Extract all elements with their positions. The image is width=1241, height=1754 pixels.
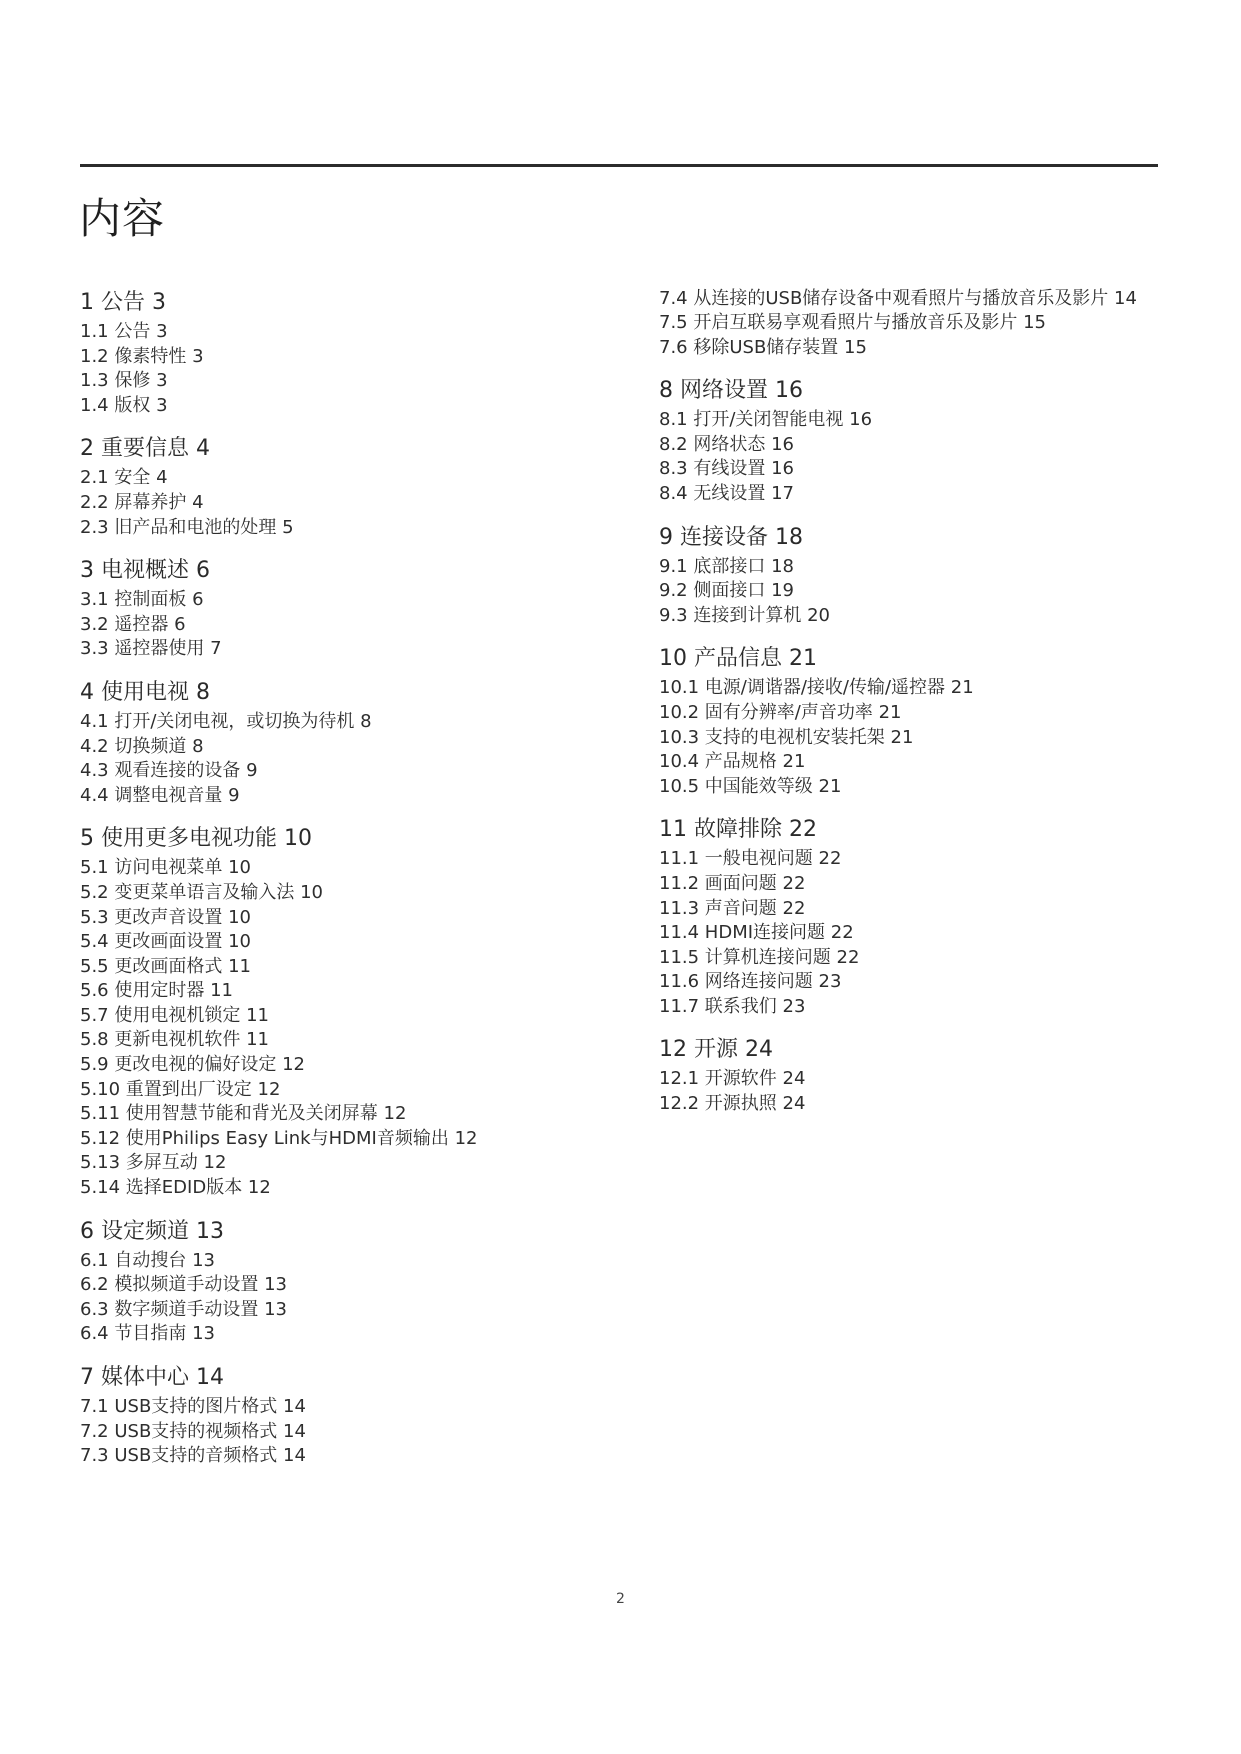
toc-section: 4 使用电视 84.1 打开/关闭电视，或切换为待机 84.2 切换频道 84.… bbox=[80, 676, 600, 808]
toc-entry[interactable]: 3.2 遥控器 6 bbox=[80, 613, 600, 638]
toc-entry[interactable]: 11.5 计算机连接问题 22 bbox=[659, 946, 1159, 971]
toc-entry[interactable]: 1.4 版权 3 bbox=[80, 394, 600, 419]
toc-entry[interactable]: 11.4 HDMI连接问题 22 bbox=[659, 921, 1159, 946]
toc-entry[interactable]: 5.5 更改画面格式 11 bbox=[80, 955, 600, 980]
toc-entry[interactable]: 2.1 安全 4 bbox=[80, 466, 600, 491]
toc-entry[interactable]: 4.4 调整电视音量 9 bbox=[80, 784, 600, 809]
toc-entry-list: 5.1 访问电视菜单 105.2 变更菜单语言及输入法 105.3 更改声音设置… bbox=[80, 856, 600, 1200]
toc-entry[interactable]: 6.2 模拟频道手动设置 13 bbox=[80, 1273, 600, 1298]
toc-section: 6 设定频道 136.1 自动搜台 136.2 模拟频道手动设置 136.3 数… bbox=[80, 1215, 600, 1347]
toc-right-column: 7.4 从连接的USB储存设备中观看照片与播放音乐及影片 147.5 开启互联易… bbox=[659, 286, 1159, 1117]
toc-entry[interactable]: 5.2 变更菜单语言及输入法 10 bbox=[80, 881, 600, 906]
toc-entry[interactable]: 7.6 移除USB储存装置 15 bbox=[659, 336, 1159, 361]
toc-entry[interactable]: 1.1 公告 3 bbox=[80, 320, 600, 345]
header-rule bbox=[80, 164, 1158, 167]
toc-entry[interactable]: 11.7 联系我们 23 bbox=[659, 995, 1159, 1020]
toc-section: 5 使用更多电视功能 105.1 访问电视菜单 105.2 变更菜单语言及输入法… bbox=[80, 822, 600, 1200]
toc-entry[interactable]: 2.2 屏幕养护 4 bbox=[80, 491, 600, 516]
toc-section: 2 重要信息 42.1 安全 42.2 屏幕养护 42.3 旧产品和电池的处理 … bbox=[80, 432, 600, 540]
toc-chapter-heading[interactable]: 1 公告 3 bbox=[80, 286, 600, 320]
section-gap bbox=[659, 360, 1159, 374]
toc-chapter-heading[interactable]: 11 故障排除 22 bbox=[659, 813, 1159, 847]
toc-entry[interactable]: 11.1 一般电视问题 22 bbox=[659, 847, 1159, 872]
section-gap bbox=[659, 507, 1159, 521]
toc-chapter-heading[interactable]: 8 网络设置 16 bbox=[659, 374, 1159, 408]
toc-entry[interactable]: 5.6 使用定时器 11 bbox=[80, 979, 600, 1004]
toc-entry-list: 7.1 USB支持的图片格式 147.2 USB支持的视频格式 147.3 US… bbox=[80, 1395, 600, 1469]
toc-entry[interactable]: 10.5 中国能效等级 21 bbox=[659, 775, 1159, 800]
toc-entry[interactable]: 10.4 产品规格 21 bbox=[659, 750, 1159, 775]
toc-entry[interactable]: 3.1 控制面板 6 bbox=[80, 588, 600, 613]
section-gap bbox=[80, 418, 600, 432]
toc-entry-list: 9.1 底部接口 189.2 侧面接口 199.3 连接到计算机 20 bbox=[659, 555, 1159, 629]
toc-chapter-heading[interactable]: 12 开源 24 bbox=[659, 1033, 1159, 1067]
toc-chapter-heading[interactable]: 3 电视概述 6 bbox=[80, 554, 600, 588]
section-gap bbox=[80, 808, 600, 822]
toc-entry[interactable]: 10.1 电源/调谐器/接收/传输/遥控器 21 bbox=[659, 676, 1159, 701]
toc-entry[interactable]: 2.3 旧产品和电池的处理 5 bbox=[80, 516, 600, 541]
toc-entry[interactable]: 7.5 开启互联易享观看照片与播放音乐及影片 15 bbox=[659, 311, 1159, 336]
toc-entry[interactable]: 11.3 声音问题 22 bbox=[659, 897, 1159, 922]
toc-chapter-heading[interactable]: 4 使用电视 8 bbox=[80, 676, 600, 710]
toc-entry[interactable]: 9.3 连接到计算机 20 bbox=[659, 604, 1159, 629]
toc-entry[interactable]: 9.2 侧面接口 19 bbox=[659, 579, 1159, 604]
toc-entry[interactable]: 8.3 有线设置 16 bbox=[659, 457, 1159, 482]
toc-entry-list: 8.1 打开/关闭智能电视 168.2 网络状态 168.3 有线设置 168.… bbox=[659, 408, 1159, 506]
toc-entry[interactable]: 10.2 固有分辨率/声音功率 21 bbox=[659, 701, 1159, 726]
toc-section: 9 连接设备 189.1 底部接口 189.2 侧面接口 199.3 连接到计算… bbox=[659, 521, 1159, 629]
toc-entry[interactable]: 5.13 多屏互动 12 bbox=[80, 1151, 600, 1176]
toc-section: 8 网络设置 168.1 打开/关闭智能电视 168.2 网络状态 168.3 … bbox=[659, 374, 1159, 506]
toc-entry-list: 10.1 电源/调谐器/接收/传输/遥控器 2110.2 固有分辨率/声音功率 … bbox=[659, 676, 1159, 799]
toc-entry[interactable]: 12.1 开源软件 24 bbox=[659, 1067, 1159, 1092]
toc-entry[interactable]: 5.11 使用智慧节能和背光及关闭屏幕 12 bbox=[80, 1102, 600, 1127]
section-gap bbox=[80, 1347, 600, 1361]
toc-entry[interactable]: 6.3 数字频道手动设置 13 bbox=[80, 1298, 600, 1323]
toc-entry[interactable]: 5.3 更改声音设置 10 bbox=[80, 906, 600, 931]
toc-entry[interactable]: 8.1 打开/关闭智能电视 16 bbox=[659, 408, 1159, 433]
toc-entry[interactable]: 5.7 使用电视机锁定 11 bbox=[80, 1004, 600, 1029]
section-gap bbox=[659, 1019, 1159, 1033]
toc-entry[interactable]: 12.2 开源执照 24 bbox=[659, 1092, 1159, 1117]
toc-entry[interactable]: 4.1 打开/关闭电视，或切换为待机 8 bbox=[80, 710, 600, 735]
section-gap bbox=[659, 628, 1159, 642]
toc-entry[interactable]: 5.9 更改电视的偏好设定 12 bbox=[80, 1053, 600, 1078]
toc-entry[interactable]: 7.2 USB支持的视频格式 14 bbox=[80, 1420, 600, 1445]
toc-entry[interactable]: 5.10 重置到出厂设定 12 bbox=[80, 1078, 600, 1103]
toc-continued-list: 7.4 从连接的USB储存设备中观看照片与播放音乐及影片 147.5 开启互联易… bbox=[659, 286, 1159, 360]
toc-entry[interactable]: 7.3 USB支持的音频格式 14 bbox=[80, 1444, 600, 1469]
toc-entry-list: 11.1 一般电视问题 2211.2 画面问题 2211.3 声音问题 2211… bbox=[659, 847, 1159, 1019]
toc-chapter-heading[interactable]: 9 连接设备 18 bbox=[659, 521, 1159, 555]
toc-entry[interactable]: 10.3 支持的电视机安装托架 21 bbox=[659, 726, 1159, 751]
toc-left-column: 1 公告 31.1 公告 31.2 像素特性 31.3 保修 31.4 版权 3… bbox=[80, 286, 600, 1469]
toc-section: 3 电视概述 63.1 控制面板 63.2 遥控器 63.3 遥控器使用 7 bbox=[80, 554, 600, 662]
toc-entry[interactable]: 1.2 像素特性 3 bbox=[80, 345, 600, 370]
toc-entry[interactable]: 5.14 选择EDID版本 12 bbox=[80, 1176, 600, 1201]
toc-entry-list: 12.1 开源软件 2412.2 开源执照 24 bbox=[659, 1067, 1159, 1116]
toc-entry[interactable]: 8.2 网络状态 16 bbox=[659, 433, 1159, 458]
toc-entry-list: 3.1 控制面板 63.2 遥控器 63.3 遥控器使用 7 bbox=[80, 588, 600, 662]
toc-section: 12 开源 2412.1 开源软件 2412.2 开源执照 24 bbox=[659, 1033, 1159, 1116]
toc-entry[interactable]: 4.2 切换频道 8 bbox=[80, 735, 600, 760]
section-gap bbox=[659, 799, 1159, 813]
toc-entry-list: 4.1 打开/关闭电视，或切换为待机 84.2 切换频道 84.3 观看连接的设… bbox=[80, 710, 600, 808]
toc-chapter-heading[interactable]: 2 重要信息 4 bbox=[80, 432, 600, 466]
toc-entry[interactable]: 7.4 从连接的USB储存设备中观看照片与播放音乐及影片 14 bbox=[659, 286, 1159, 311]
toc-entry[interactable]: 5.1 访问电视菜单 10 bbox=[80, 856, 600, 881]
toc-entry[interactable]: 7.1 USB支持的图片格式 14 bbox=[80, 1395, 600, 1420]
toc-entry[interactable]: 11.2 画面问题 22 bbox=[659, 872, 1159, 897]
toc-entry-list: 6.1 自动搜台 136.2 模拟频道手动设置 136.3 数字频道手动设置 1… bbox=[80, 1249, 600, 1347]
toc-chapter-heading[interactable]: 6 设定频道 13 bbox=[80, 1215, 600, 1249]
toc-entry[interactable]: 6.4 节目指南 13 bbox=[80, 1322, 600, 1347]
toc-entry[interactable]: 5.4 更改画面设置 10 bbox=[80, 930, 600, 955]
toc-chapter-heading[interactable]: 10 产品信息 21 bbox=[659, 642, 1159, 676]
toc-section: 1 公告 31.1 公告 31.2 像素特性 31.3 保修 31.4 版权 3 bbox=[80, 286, 600, 418]
toc-entry[interactable]: 6.1 自动搜台 13 bbox=[80, 1249, 600, 1274]
toc-entry[interactable]: 1.3 保修 3 bbox=[80, 369, 600, 394]
section-gap bbox=[80, 1201, 600, 1215]
toc-entry[interactable]: 4.3 观看连接的设备 9 bbox=[80, 759, 600, 784]
toc-entry-list: 2.1 安全 42.2 屏幕养护 42.3 旧产品和电池的处理 5 bbox=[80, 466, 600, 540]
toc-chapter-heading[interactable]: 5 使用更多电视功能 10 bbox=[80, 822, 600, 856]
toc-entry[interactable]: 3.3 遥控器使用 7 bbox=[80, 637, 600, 662]
section-gap bbox=[80, 662, 600, 676]
section-gap bbox=[80, 540, 600, 554]
toc-entry[interactable]: 5.8 更新电视机软件 11 bbox=[80, 1028, 600, 1053]
page-title: 内容 bbox=[79, 186, 165, 246]
page-number: 2 bbox=[0, 1591, 1241, 1607]
toc-entry[interactable]: 5.12 使用Philips Easy Link与HDMI音频输出 12 bbox=[80, 1127, 600, 1152]
toc-entry-list: 1.1 公告 31.2 像素特性 31.3 保修 31.4 版权 3 bbox=[80, 320, 600, 418]
toc-section: 7 媒体中心 147.1 USB支持的图片格式 147.2 USB支持的视频格式… bbox=[80, 1361, 600, 1469]
toc-chapter-heading[interactable]: 7 媒体中心 14 bbox=[80, 1361, 600, 1395]
toc-entry[interactable]: 8.4 无线设置 17 bbox=[659, 482, 1159, 507]
toc-entry[interactable]: 9.1 底部接口 18 bbox=[659, 555, 1159, 580]
toc-section: 10 产品信息 2110.1 电源/调谐器/接收/传输/遥控器 2110.2 固… bbox=[659, 642, 1159, 799]
toc-section: 11 故障排除 2211.1 一般电视问题 2211.2 画面问题 2211.3… bbox=[659, 813, 1159, 1019]
toc-entry[interactable]: 11.6 网络连接问题 23 bbox=[659, 970, 1159, 995]
